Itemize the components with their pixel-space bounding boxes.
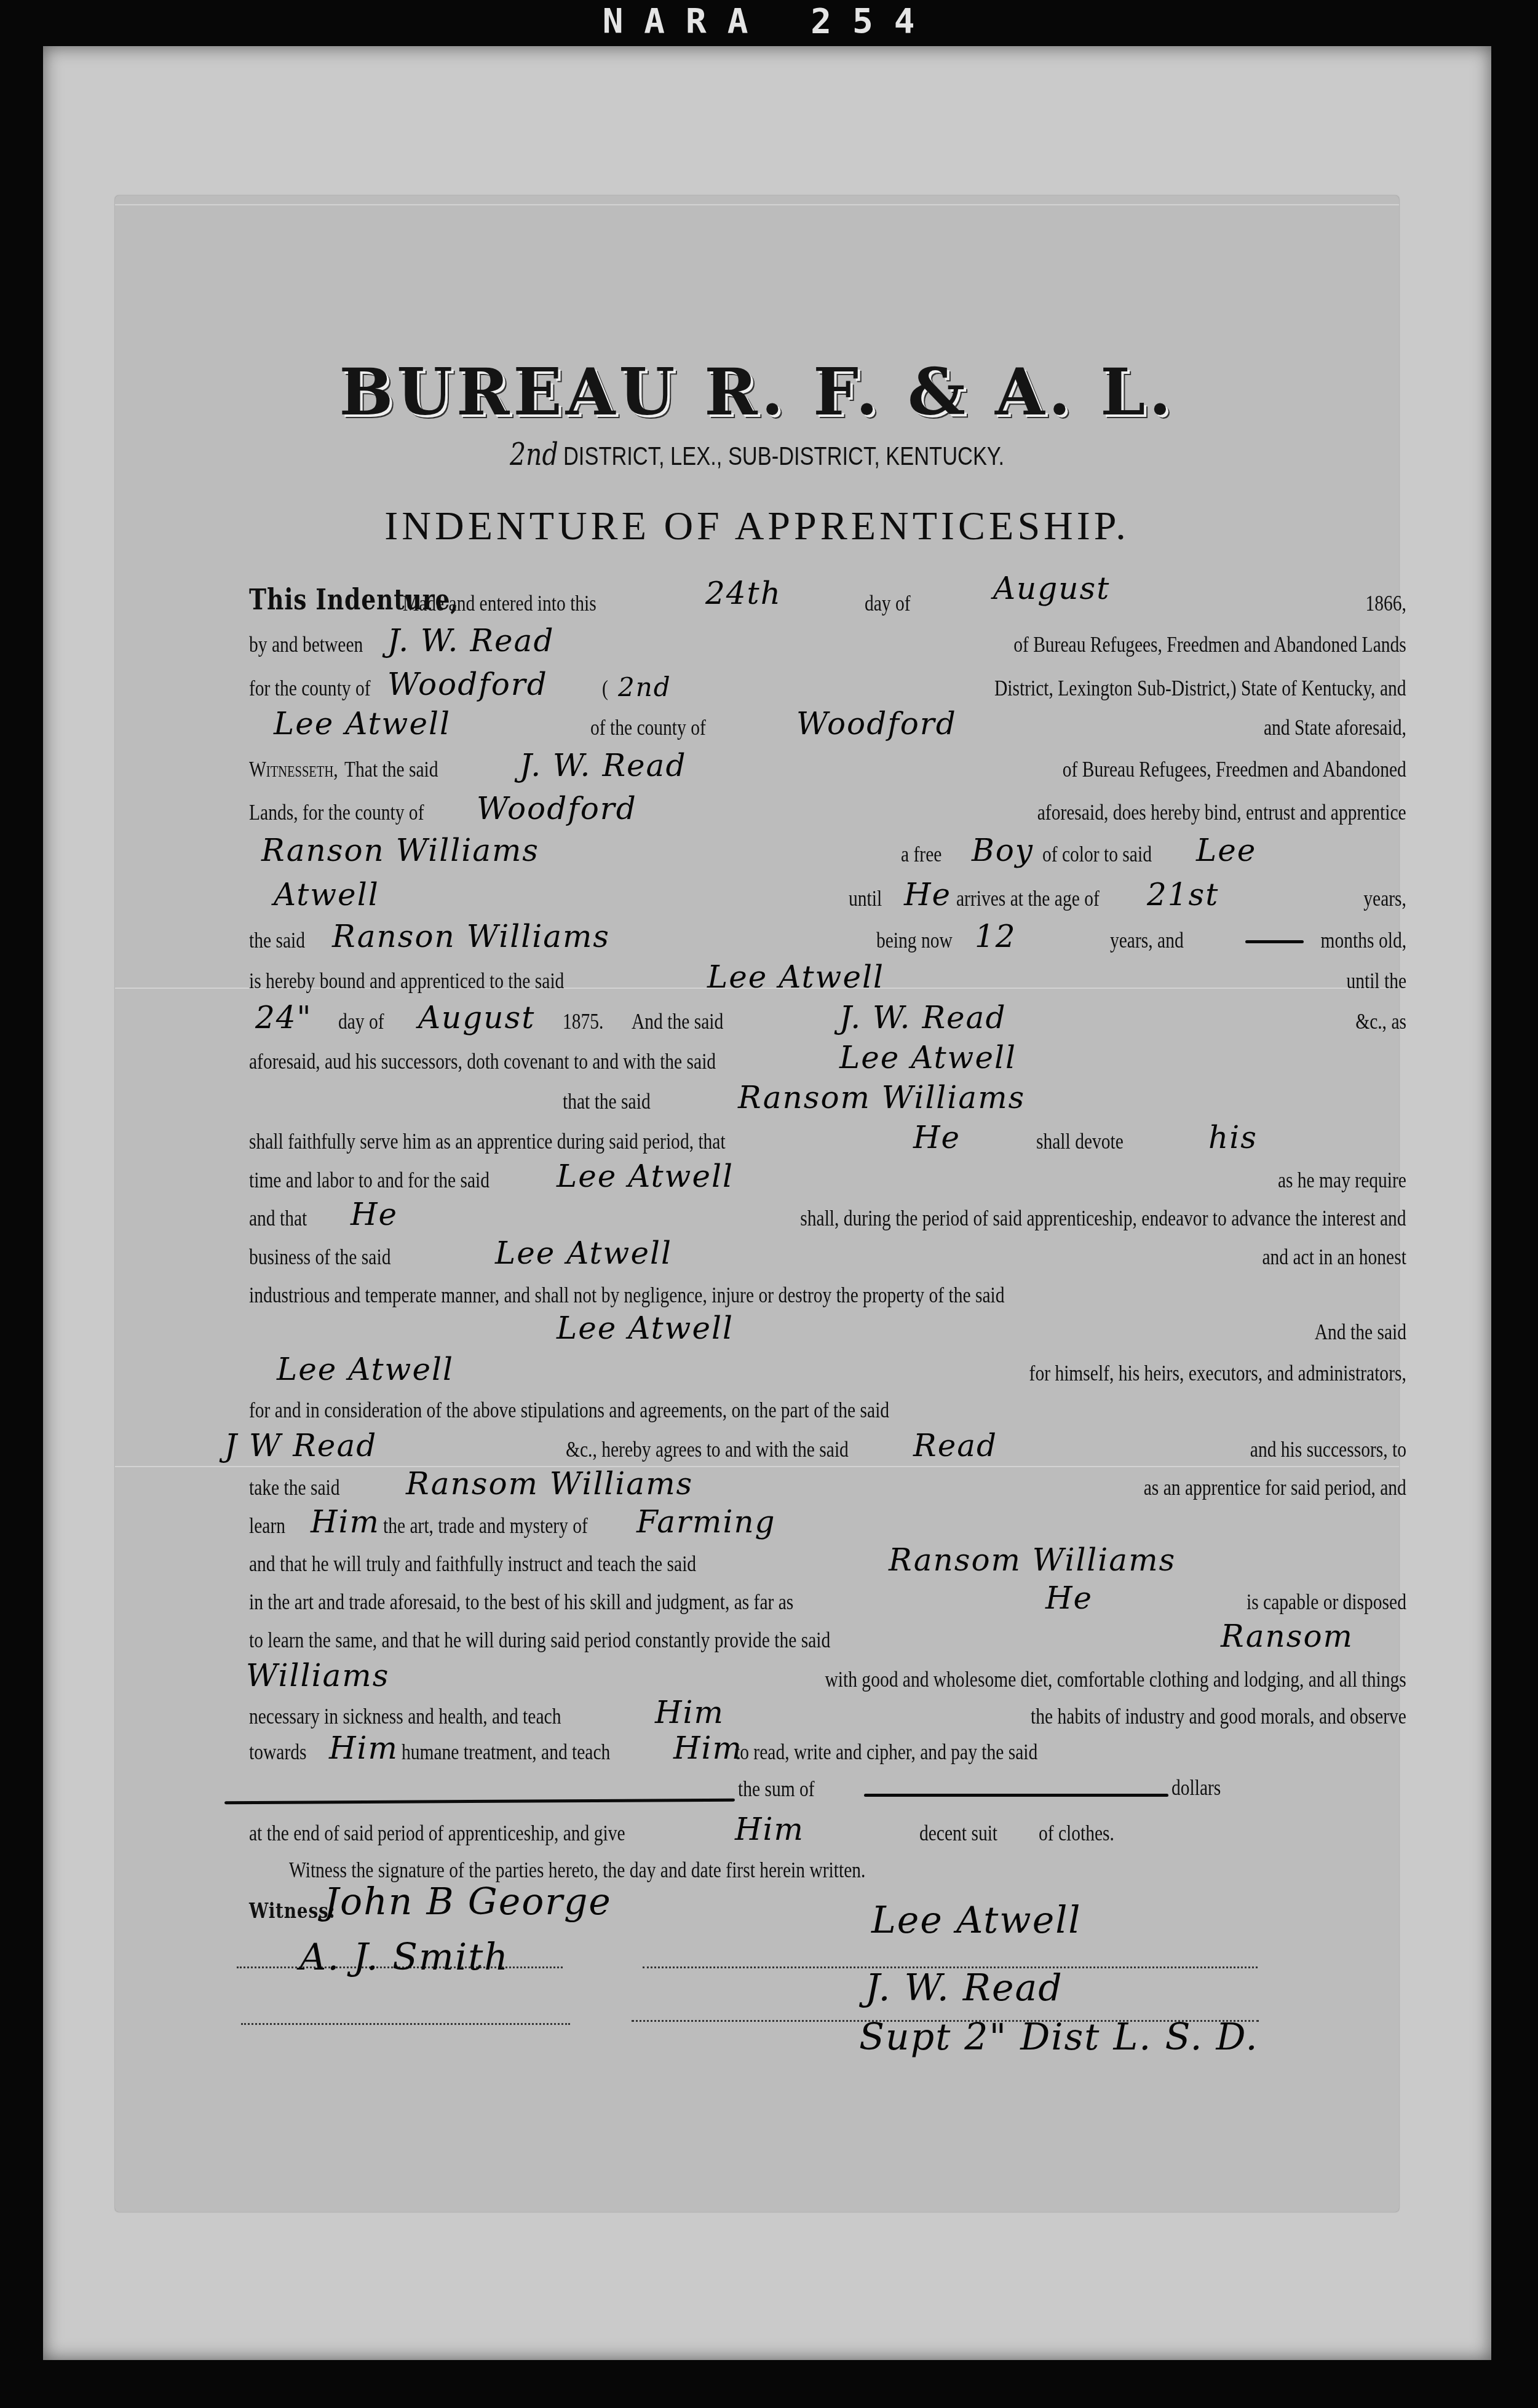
printed-text: the said — [249, 927, 305, 953]
district-subtitle: 2ndDISTRICT, LEX., SUB-DISTRICT, KENTUCK… — [231, 437, 1283, 472]
body-line-18: industrious and temperate manner, and sh… — [249, 1275, 1406, 1312]
printed-text: in the art and trade aforesaid, to the b… — [249, 1589, 793, 1615]
handwritten-apprentice-name: Ransom Williams — [738, 1080, 1025, 1115]
printed-text: arrives at the age of — [956, 885, 1100, 911]
body-line-15: time and labor to and for the said Lee A… — [249, 1160, 1406, 1197]
party-signature-agent: J. W. Read — [865, 1966, 1063, 2010]
printed-text: decent suit — [919, 1820, 997, 1846]
printed-text: Lands, for the county of — [249, 799, 424, 825]
body-line-11: 24" day of August 1875. And the said J. … — [249, 1001, 1406, 1038]
body-line-27: to learn the same, and that he will duri… — [249, 1620, 1406, 1657]
printed-year: 1866, — [1366, 590, 1406, 616]
printed-text: for the county of — [249, 675, 371, 701]
witness-signature-2: A. J. Smith — [299, 1936, 509, 1979]
printed-text: of Bureau Refugees, Freedmen and Abandon… — [1013, 632, 1406, 657]
printed-text: towards — [249, 1739, 306, 1765]
printed-text: is hereby bound and apprenticed to the s… — [249, 968, 564, 994]
handwritten-agent-short: Read — [913, 1428, 997, 1463]
printed-text: the sum of — [738, 1776, 815, 1802]
printed-text: ( — [602, 675, 608, 701]
printed-text: &c., as — [1355, 1008, 1406, 1034]
printed-text: the habits of industry and good morals, … — [1031, 1703, 1406, 1729]
printed-text: years, — [1363, 885, 1406, 911]
body-line-24: learn Him the art, trade and mystery of … — [249, 1505, 1406, 1542]
printed-text: as he may require — [1278, 1167, 1406, 1193]
handwritten-apprentice-last: Williams — [246, 1658, 389, 1693]
body-line-22: J W Read &c., hereby agrees to and with … — [249, 1429, 1406, 1466]
bureau-title: BUREAU R. F. & A. L. — [115, 354, 1399, 430]
handwritten-master-name: Lee Atwell — [839, 1040, 1017, 1075]
witness-label: Witness: — [249, 1899, 336, 1923]
body-line-25: and that he will truly and faithfully in… — [249, 1543, 1406, 1580]
printed-text: necessary in sickness and health, and te… — [249, 1703, 561, 1729]
handwritten-agent-name: J W Read — [224, 1428, 377, 1463]
handwritten-district: 2nd — [618, 672, 672, 702]
district-printed: DISTRICT, LEX., SUB-DISTRICT, KENTUCKY. — [563, 442, 1004, 470]
indenture-document: BUREAU R. F. & A. L. 2ndDISTRICT, LEX., … — [115, 196, 1399, 2212]
sum-blank-dash — [864, 1794, 1168, 1797]
handwritten-pronoun: Him — [311, 1504, 380, 1540]
body-line-9: the said Ranson Williams being now 12 ye… — [249, 920, 1406, 957]
handwritten-master-name: Lee Atwell — [557, 1310, 734, 1346]
handwritten-end-month: August — [418, 1000, 535, 1036]
party-signature-master: Lee Atwell — [871, 1899, 1082, 1942]
handwritten-possessive: his — [1208, 1120, 1258, 1155]
printed-text: shall, during the period of said apprent… — [801, 1205, 1406, 1231]
handwritten-years: 12 — [975, 919, 1017, 954]
handwritten-apprentice-first: Ransom — [1221, 1618, 1354, 1654]
body-line-2: by and between J. W. Read of Bureau Refu… — [249, 624, 1406, 661]
handwritten-master-name: Lee Atwell — [495, 1235, 672, 1271]
printed-text: for and in consideration of the above st… — [249, 1397, 889, 1423]
handwritten-pronoun: Him — [655, 1695, 724, 1730]
handwritten-master-first: Lee — [1196, 833, 1256, 868]
body-line-10: is hereby bound and apprenticed to the s… — [249, 960, 1406, 997]
printed-text: with good and wholesome diet, comfortabl… — [825, 1666, 1406, 1692]
handwritten-pronoun: Him — [329, 1730, 398, 1766]
handwritten-pronoun: He — [351, 1197, 398, 1232]
printed-text: months old, — [1321, 927, 1406, 953]
handwritten-gender: Boy — [972, 833, 1034, 868]
printed-text: of the county of — [590, 715, 706, 740]
printed-text: and act in an honest — [1263, 1244, 1406, 1270]
printed-text: at the end of said period of apprentices… — [249, 1820, 625, 1846]
handwritten-pronoun: He — [1045, 1580, 1093, 1616]
printed-text: as an apprentice for said period, and — [1144, 1475, 1406, 1500]
body-line-14: shall faithfully serve him as an apprent… — [249, 1121, 1406, 1158]
printed-text: and his successors, to — [1250, 1436, 1406, 1462]
body-line-4: Lee Atwell of the county of Woodford and… — [249, 707, 1406, 744]
handwritten-county: Woodford — [387, 667, 548, 702]
handwritten-day: 24th — [705, 576, 782, 611]
body-line-29: necessary in sickness and health, and te… — [249, 1696, 1406, 1733]
printed-text: learn — [249, 1513, 285, 1539]
body-line-3: for the county of Woodford ( 2nd Distric… — [249, 668, 1406, 705]
handwritten-master-name: Lee Atwell — [707, 959, 884, 995]
handwritten-apprentice-name: Ranson Williams — [332, 919, 610, 954]
body-line-12: aforesaid, aud his successors, doth cove… — [249, 1041, 1406, 1078]
body-line-21: for and in consideration of the above st… — [249, 1390, 1406, 1427]
printed-text: the art, trade and mystery of — [383, 1513, 588, 1539]
handwritten-agent-name: J. W. Read — [839, 1000, 1006, 1036]
printed-text: shall faithfully serve him as an apprent… — [249, 1128, 726, 1154]
printed-text: aforesaid, does hereby bind, entrust and… — [1037, 799, 1406, 825]
body-line-8: Atwell until He arrives at the age of 21… — [249, 878, 1406, 915]
body-line-16: and that He shall, during the period of … — [249, 1198, 1406, 1235]
handwritten-county: Woodford — [477, 791, 637, 826]
printed-text: and that — [249, 1205, 307, 1231]
printed-text: humane treatment, and teach — [402, 1739, 610, 1765]
handwritten-agent-name: J. W. Read — [387, 623, 554, 659]
handwritten-pronoun: Him — [673, 1730, 743, 1766]
body-line-6: Lands, for the county of Woodford afores… — [249, 792, 1406, 829]
printed-text: being now — [876, 927, 953, 953]
handwritten-master-name: Lee Atwell — [274, 706, 451, 742]
handwritten-month: August — [993, 571, 1110, 606]
handwritten-apprentice-name: Ransom Williams — [406, 1466, 693, 1502]
body-line-23: take the said Ransom Williams as an appr… — [249, 1467, 1406, 1504]
printed-text: that the said — [563, 1088, 651, 1114]
body-line-13: that the said Ransom Williams — [249, 1081, 1406, 1118]
handwritten-master-name: Lee Atwell — [277, 1352, 454, 1387]
witnesseth-label: Witnesseth, — [249, 756, 338, 782]
printed-text: and that he will truly and faithfully in… — [249, 1551, 696, 1577]
printed-text: for himself, his heirs, executors, and a… — [1029, 1360, 1406, 1386]
printed-text: of color to said — [1042, 841, 1152, 867]
printed-text: dollars — [1171, 1775, 1221, 1800]
handwritten-master-name: Lee Atwell — [557, 1158, 734, 1194]
months-blank-dash — [1245, 940, 1304, 943]
printed-text: business of the said — [249, 1244, 390, 1270]
handwritten-county: Woodford — [796, 706, 957, 742]
body-line-17: business of the said Lee Atwell and act … — [249, 1237, 1406, 1273]
printed-text: Made and entered into this — [403, 590, 597, 616]
printed-text: to learn the same, and that he will duri… — [249, 1627, 830, 1653]
agent-title-handwritten: Supt 2" Dist L. S. D. — [859, 2016, 1259, 2059]
film-reel-label: NARA 254 — [0, 1, 1538, 41]
handwritten-apprentice-name: Ransom Williams — [889, 1542, 1176, 1578]
printed-text: District, Lexington Sub-District,) State… — [994, 675, 1406, 701]
fold-line — [115, 204, 1399, 205]
witness-signature-1: John B George — [324, 1880, 612, 1923]
printed-text: shall devote — [1036, 1128, 1124, 1154]
printed-text: take the said — [249, 1475, 340, 1500]
end-year: 1875. — [563, 1008, 603, 1034]
printed-text: day of — [338, 1008, 384, 1034]
indenture-heading: INDENTURE OF APPRENTICESHIP. — [115, 503, 1399, 550]
printed-text: industrious and temperate manner, and sh… — [249, 1282, 1004, 1308]
witness-signature-line — [241, 2023, 570, 2025]
printed-text: aforesaid, aud his successors, doth cove… — [249, 1048, 716, 1074]
printed-text: of clothes. — [1039, 1820, 1114, 1846]
handwritten-end-day: 24" — [255, 1000, 312, 1036]
handwritten-trade: Farming — [636, 1504, 776, 1540]
body-line-20: Lee Atwell for himself, his heirs, execu… — [249, 1353, 1406, 1390]
handwritten-agent-name: J. W. Read — [520, 748, 686, 783]
printed-text: day of — [865, 590, 911, 616]
handwritten-pronoun: Him — [735, 1812, 804, 1847]
body-line-7: Ranson Williams a free Boy of color to s… — [249, 834, 1406, 871]
body-line-5: Witnesseth, That the said J. W. Read of … — [249, 749, 1406, 786]
printed-text: Witness the signature of the parties her… — [289, 1857, 865, 1883]
printed-text: is capable or disposed — [1247, 1589, 1406, 1615]
printed-text: until — [849, 885, 882, 911]
printed-text: time and labor to and for the said — [249, 1167, 490, 1193]
printed-text: a free — [901, 841, 941, 867]
printed-text: &c., hereby agrees to and with the said — [566, 1436, 849, 1462]
body-line-1: This Indenture, Made and entered into th… — [249, 583, 1406, 620]
printed-text: to read, write and cipher, and pay the s… — [735, 1739, 1037, 1765]
printed-text: That the said — [344, 756, 438, 782]
payee-blank-dash — [224, 1799, 735, 1804]
handwritten-master-last: Atwell — [274, 877, 379, 913]
printed-text: And the said — [1315, 1319, 1406, 1345]
printed-text: of Bureau Refugees, Freedmen and Abandon… — [1063, 756, 1406, 782]
body-line-31: the sum of dollars — [249, 1773, 1406, 1810]
printed-text: and State aforesaid, — [1264, 715, 1406, 740]
printed-text: And the said — [632, 1008, 723, 1034]
body-line-32: at the end of said period of apprentices… — [249, 1813, 1406, 1850]
body-line-19: Lee Atwell And the said — [249, 1312, 1406, 1349]
handwritten-age: 21st — [1147, 877, 1219, 913]
printed-text: years, and — [1110, 927, 1184, 953]
body-line-26: in the art and trade aforesaid, to the b… — [249, 1582, 1406, 1618]
handwritten-pronoun: He — [913, 1120, 961, 1155]
body-line-28: Williams with good and wholesome diet, c… — [249, 1659, 1406, 1696]
district-number-handwritten: 2nd — [510, 437, 558, 472]
printed-text: by and between — [249, 632, 363, 657]
handwritten-pronoun: He — [904, 877, 951, 913]
body-line-30: towards Him humane treatment, and teach … — [249, 1732, 1406, 1768]
handwritten-apprentice-name: Ranson Williams — [261, 833, 539, 868]
printed-text: until the — [1346, 968, 1406, 994]
